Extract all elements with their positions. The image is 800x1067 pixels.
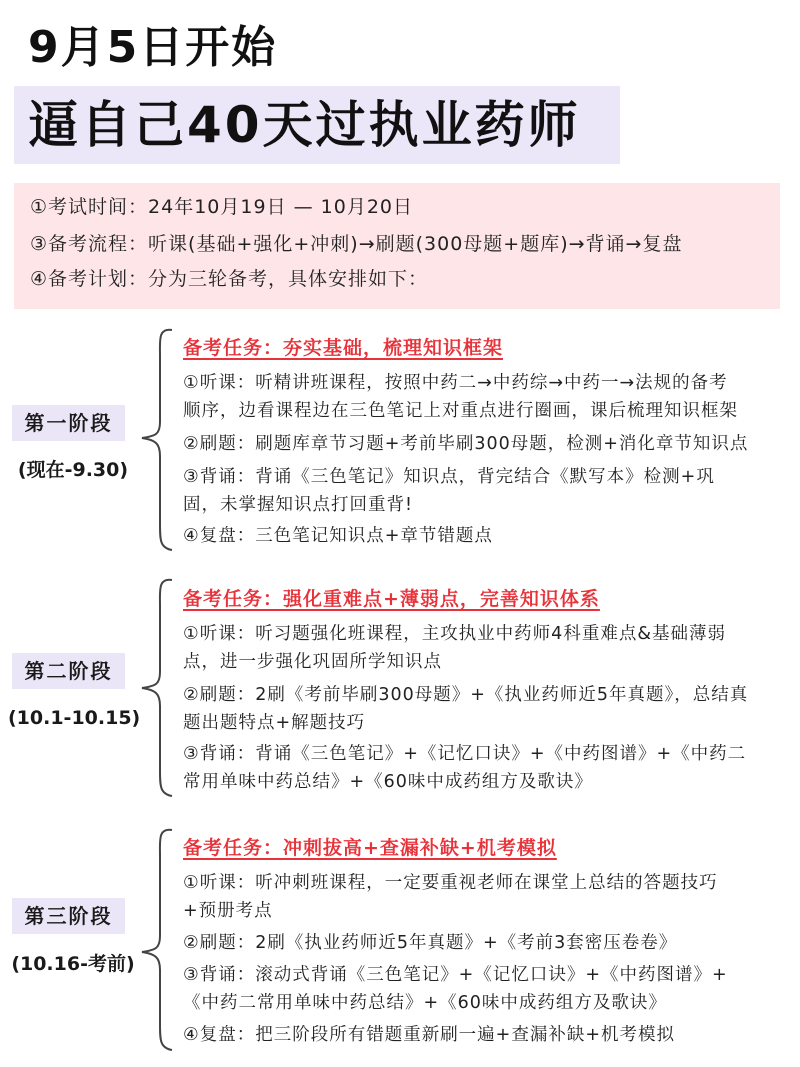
stage-3-line: ③背诵：滚动式背诵《三色笔记》+《记忆口诀》+《中药图谱》+ (183, 961, 728, 989)
stage-3-date: (10.16-考前) (8, 950, 138, 978)
stage-1-line: 顺序，边看课程边在三色笔记上对重点进行圈画，课后梳理知识框架 (183, 397, 738, 425)
curly-brace-icon (136, 576, 178, 798)
info-study-flow: ③备考流程：听课(基础+强化+冲刺)→刷题(300母题+题库)→背诵→复盘 (30, 230, 682, 258)
stage-3-line: 《中药二常用单味中药总结》+《60味中成药组方及歌诀》 (183, 989, 667, 1017)
stage-3-line: +预册考点 (183, 897, 273, 925)
stage-2-line: 题出题特点+解题技巧 (183, 709, 365, 737)
stage-3-line: ①听课：听冲刺班课程，一定要重视老师在课堂上总结的答题技巧 (183, 869, 718, 897)
stage-1-line: ③背诵：背诵《三色笔记》知识点，背完结合《默写本》检测+巩 (183, 463, 715, 491)
stage-2-date: (10.1-10.15) (8, 704, 138, 732)
stage-2-line: ①听课：听习题强化班课程，主攻执业中药师4科重难点&基础薄弱 (183, 620, 726, 648)
stage-3-task-heading: 备考任务：冲刺拔高+查漏补缺+机考模拟 (183, 834, 557, 862)
stage-3-line: ②刷题：2刷《执业药师近5年真题》+《考前3套密压卷卷》 (183, 929, 677, 957)
stage-2-line: ③背诵：背诵《三色笔记》+《记忆口诀》+《中药图谱》+《中药二 (183, 740, 746, 768)
stage-1-date: (现在-9.30) (8, 456, 138, 484)
info-study-plan: ④备考计划：分为三轮备考，具体安排如下： (30, 265, 428, 293)
stage-1-task-heading: 备考任务：夯实基础，梳理知识框架 (183, 334, 503, 362)
stage-2-label: 第二阶段 (12, 653, 125, 689)
stage-2-line: 点，进一步强化巩固所学知识点 (183, 648, 442, 676)
stage-1-line: ①听课：听精讲班课程，按照中药二→中药综→中药一→法规的备考 (183, 369, 728, 397)
stage-2-line: ②刷题：2刷《考前毕刷300母题》+《执业药师近5年真题》，总结真 (183, 681, 748, 709)
subtitle-start-date: 9月5日开始 (28, 18, 277, 78)
stage-1-line: 固，未掌握知识点打回重背! (183, 491, 413, 519)
page-title: 逼自己40天过执业药师 (28, 93, 581, 157)
stage-1-line: ②刷题：刷题库章节习题+考前毕刷300母题，检测+消化章节知识点 (183, 430, 748, 458)
stage-1-line: ④复盘：三色笔记知识点+章节错题点 (183, 522, 493, 550)
curly-brace-icon (136, 326, 178, 552)
stage-2-task-heading: 备考任务：强化重难点+薄弱点，完善知识体系 (183, 585, 600, 613)
stage-2-line: 常用单味中药总结》+《60味中成药组方及歌诀》 (183, 768, 593, 796)
stage-1-label: 第一阶段 (12, 405, 125, 441)
info-exam-time: ①考试时间：24年10月19日 — 10月20日 (30, 193, 413, 221)
stage-3-label: 第三阶段 (12, 898, 125, 934)
curly-brace-icon (136, 826, 178, 1052)
stage-3-line: ④复盘：把三阶段所有错题重新刷一遍+查漏补缺+机考模拟 (183, 1021, 675, 1049)
